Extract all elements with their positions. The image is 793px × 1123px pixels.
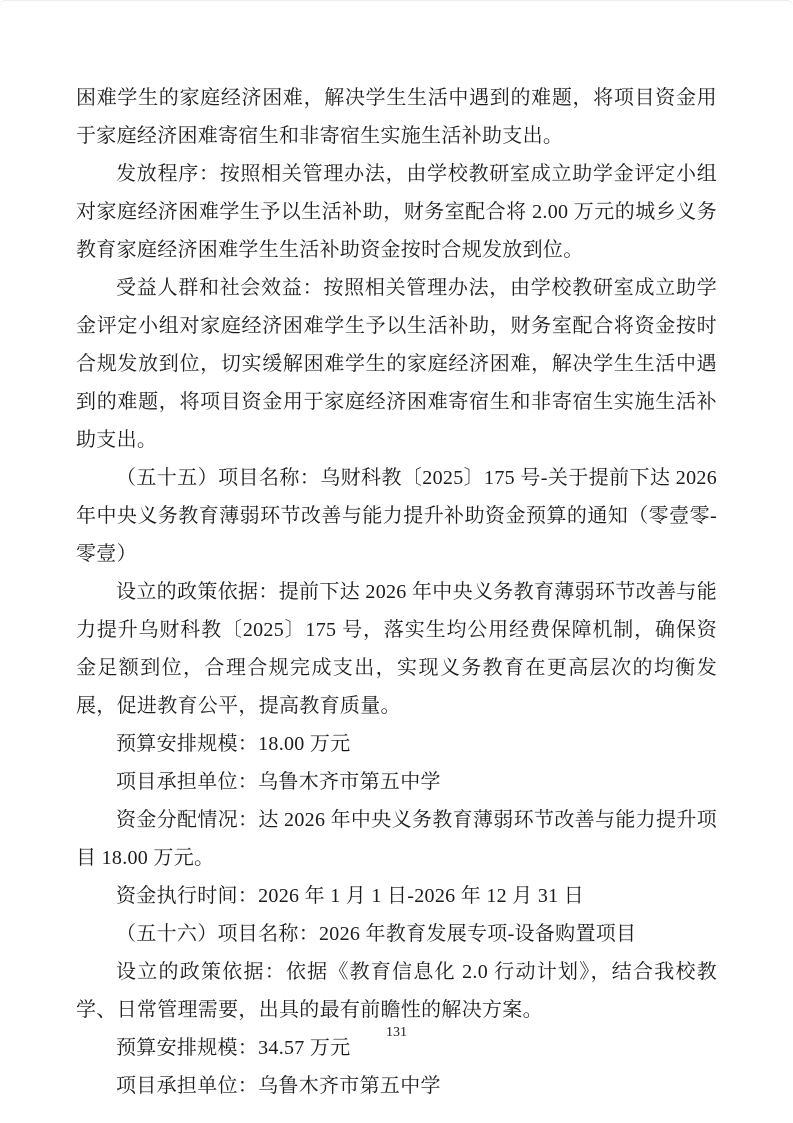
paragraph: 发放程序：按照相关管理办法，由学校教研室成立助学金评定小组对家庭经济困难学生予以… bbox=[76, 155, 717, 269]
paragraph: （五十五）项目名称：乌财科教〔2025〕175 号-关于提前下达 2026 年中… bbox=[76, 459, 717, 573]
paragraph: 受益人群和社会效益：按照相关管理办法，由学校教研室成立助学金评定小组对家庭经济困… bbox=[76, 269, 717, 459]
paragraph: 困难学生的家庭经济困难，解决学生生活中遇到的难题，将项目资金用于家庭经济困难寄宿… bbox=[76, 79, 717, 155]
paragraph: 预算安排规模：18.00 万元 bbox=[76, 725, 717, 763]
page-body: 困难学生的家庭经济困难，解决学生生活中遇到的难题，将项目资金用于家庭经济困难寄宿… bbox=[76, 79, 717, 1105]
paragraph: 项目承担单位：乌鲁木齐市第五中学 bbox=[76, 1067, 717, 1105]
page-footer: 131 bbox=[0, 1023, 793, 1041]
paragraph: 资金分配情况：达 2026 年中央义务教育薄弱环节改善与能力提升项目 18.00… bbox=[76, 801, 717, 877]
paragraph: 项目承担单位：乌鲁木齐市第五中学 bbox=[76, 763, 717, 801]
paragraph: 设立的政策依据：依据《教育信息化 2.0 行动计划》，结合我校教学、日常管理需要… bbox=[76, 953, 717, 1029]
paragraph: 资金执行时间：2026 年 1 月 1 日-2026 年 12 月 31 日 bbox=[76, 877, 717, 915]
paragraph: （五十六）项目名称：2026 年教育发展专项-设备购置项目 bbox=[76, 915, 717, 953]
paragraph: 设立的政策依据：提前下达 2026 年中央义务教育薄弱环节改善与能力提升乌财科教… bbox=[76, 573, 717, 725]
document-page: 困难学生的家庭经济困难，解决学生生活中遇到的难题，将项目资金用于家庭经济困难寄宿… bbox=[0, 0, 793, 1123]
page-number: 131 bbox=[386, 1025, 407, 1040]
